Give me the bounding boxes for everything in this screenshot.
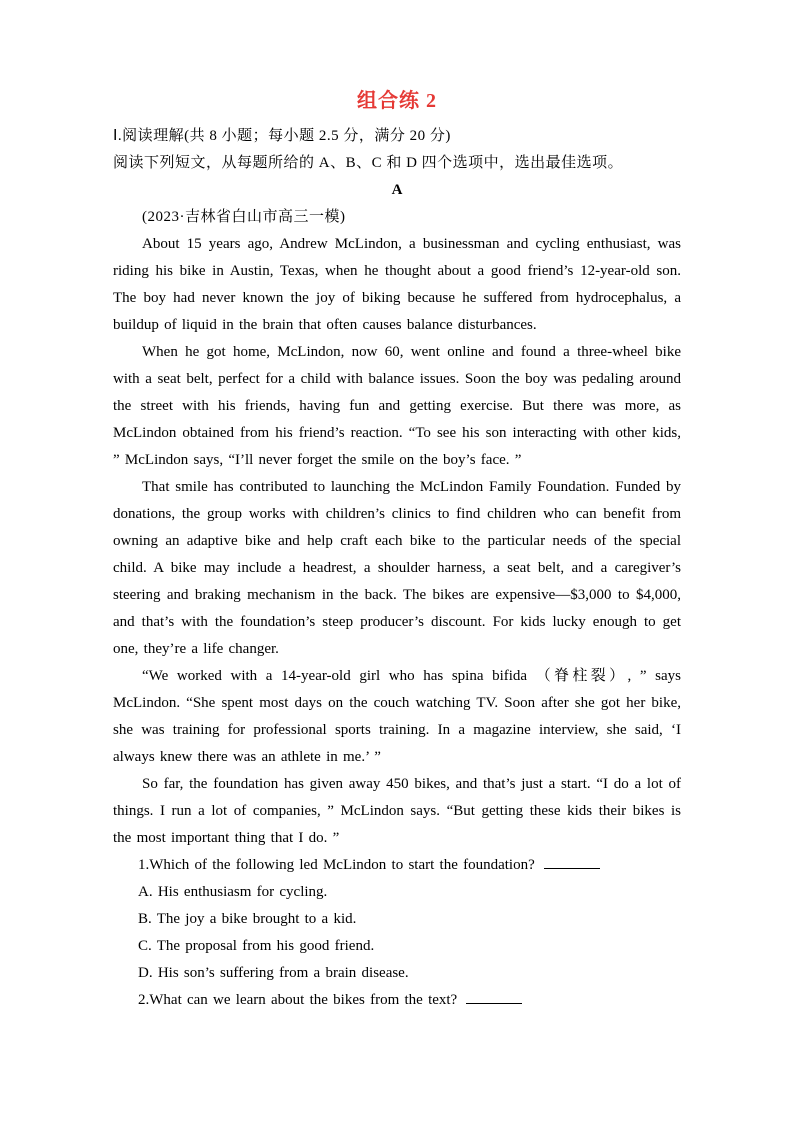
- question-2-stem-text: What can we learn about the bikes from t…: [149, 992, 457, 1008]
- question-1-option-d: D. His son’s suffering from a brain dise…: [138, 960, 681, 987]
- question-1-option-c: C. The proposal from his good friend.: [138, 933, 681, 960]
- question-2-stem: 2.What can we learn about the bikes from…: [138, 987, 681, 1014]
- exam-page: 组合练 2 Ⅰ.阅读理解(共 8 小题；每小题 2.5 分，满分 20 分) 阅…: [0, 0, 793, 1122]
- question-1-option-a: A. His enthusiasm for cycling.: [138, 879, 681, 906]
- passage-paragraph: So far, the foundation has given away 45…: [113, 771, 681, 852]
- answer-blank: [544, 853, 600, 869]
- question-1-number: 1.: [138, 857, 149, 873]
- question-2: 2.What can we learn about the bikes from…: [138, 987, 681, 1014]
- section-instructions-line1: Ⅰ.阅读理解(共 8 小题；每小题 2.5 分，满分 20 分): [113, 123, 681, 150]
- question-1-stem: 1.Which of the following led McLindon to…: [138, 852, 681, 879]
- passage-paragraph: That smile has contributed to launching …: [113, 474, 681, 663]
- passage: About 15 years ago, Andrew McLindon, a b…: [113, 231, 681, 852]
- answer-blank: [466, 988, 522, 1004]
- passage-label: A: [113, 177, 681, 204]
- page-title: 组合练 2: [113, 88, 681, 115]
- passage-paragraph: When he got home, McLindon, now 60, went…: [113, 339, 681, 474]
- passage-source: (2023·吉林省白山市高三一模): [113, 204, 681, 231]
- passage-paragraph: “We worked with a 14-year-old girl who h…: [113, 663, 681, 771]
- question-1-stem-text: Which of the following led McLindon to s…: [149, 857, 535, 873]
- question-1-option-b: B. The joy a bike brought to a kid.: [138, 906, 681, 933]
- question-2-number: 2.: [138, 992, 149, 1008]
- passage-paragraph: About 15 years ago, Andrew McLindon, a b…: [113, 231, 681, 339]
- question-1: 1.Which of the following led McLindon to…: [138, 852, 681, 987]
- section-instructions-line2: 阅读下列短文，从每题所给的 A、B、C 和 D 四个选项中，选出最佳选项。: [113, 150, 681, 177]
